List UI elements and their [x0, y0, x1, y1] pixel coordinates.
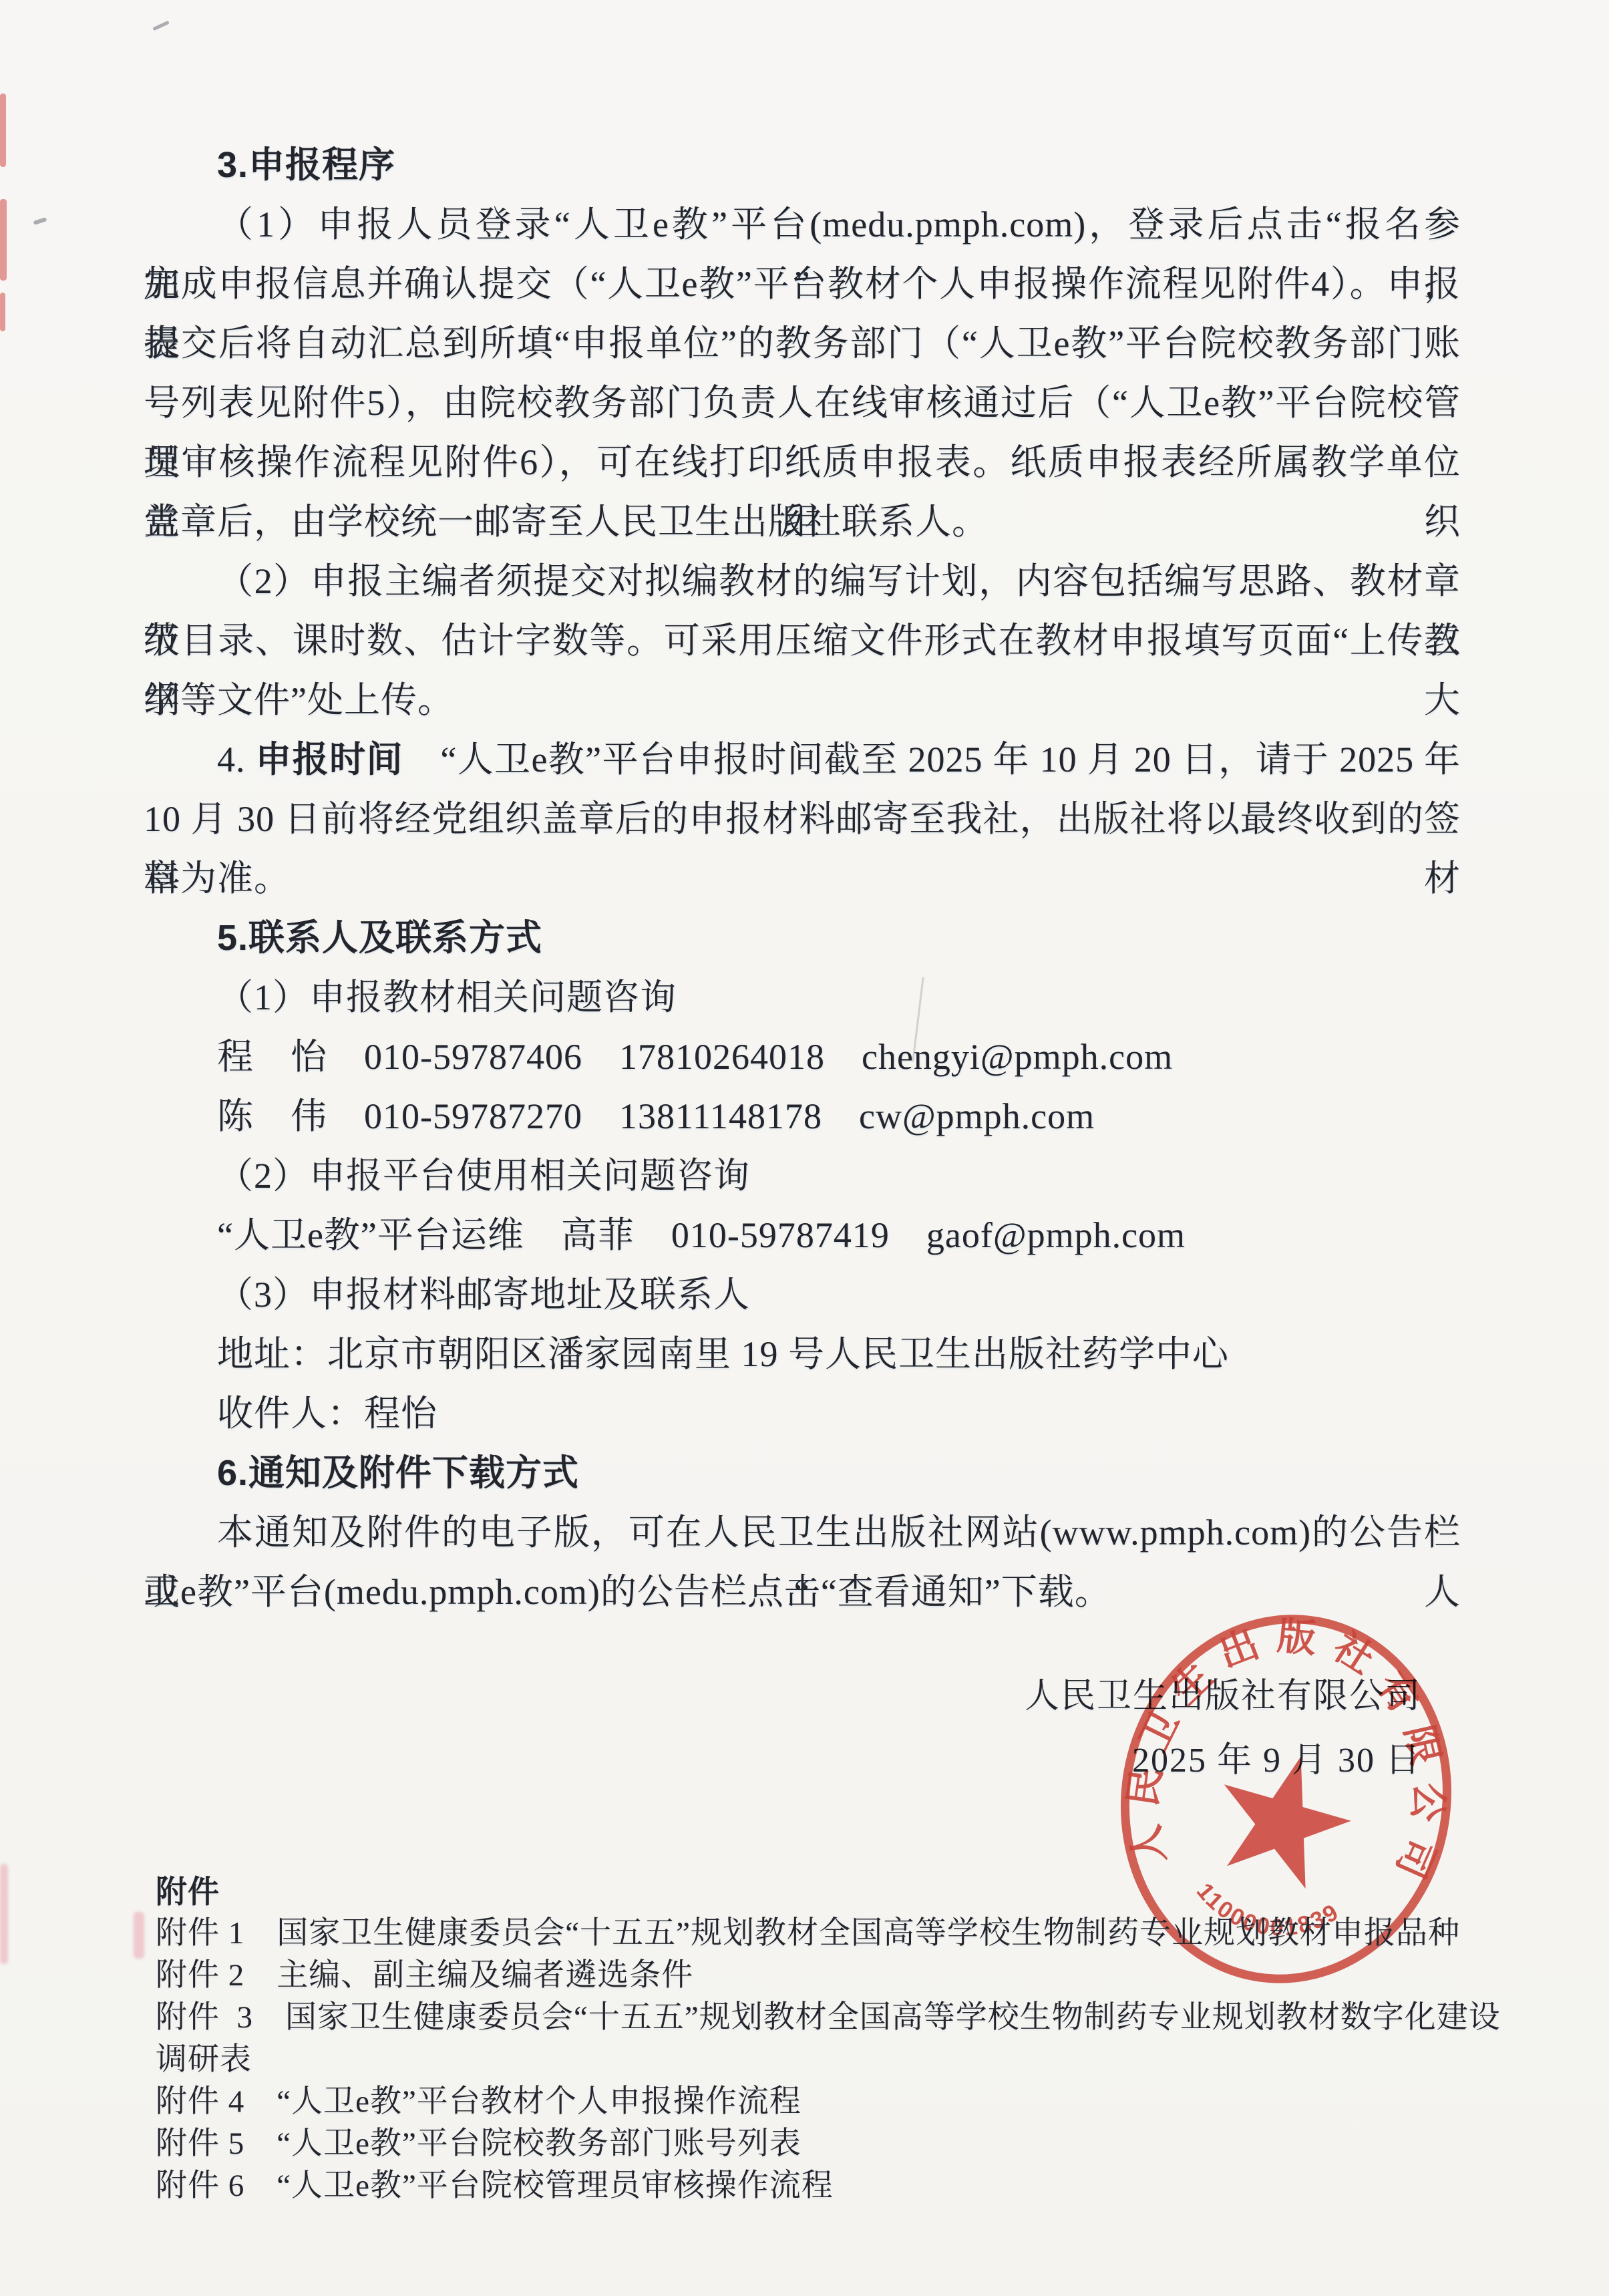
body-line-text: 4.	[217, 740, 255, 780]
body-line-text: “人卫e教”平台申报时间截至 2025 年 10 月 20 日，请于 2025 …	[403, 740, 1461, 780]
body-line: 提交后将自动汇总到所填“申报单位”的教务部门（“人卫e教”平台院校教务部门账	[144, 314, 1461, 373]
body-line-heading-text: 6.通知及附件下载方式	[217, 1453, 579, 1493]
body-line: 陈 伟 010-59787270 13811148178 cw@pmph.com	[144, 1087, 1461, 1146]
attachment-line: 附件 6 “人卫e教”平台院校管理员审核操作流程	[156, 2165, 1511, 2207]
scan-artifact-red-edge-2	[0, 199, 7, 281]
body-line-text: 纲等文件”处上传。	[144, 680, 454, 720]
scan-artifact-pink-spot	[134, 1912, 144, 1959]
body-line-text: 收件人：程怡	[217, 1393, 437, 1434]
body-line-heading-text: 3.申报程序	[217, 145, 395, 185]
body-line-text: 10 月 30 日前将经党组织盖章后的申报材料邮寄至我社，出版社将以最终收到的签…	[144, 799, 1461, 898]
attachments-header: 附件	[156, 1870, 1511, 1913]
body-line-text: （2）申报平台使用相关问题咨询	[217, 1156, 750, 1196]
body-line: 员审核操作流程见附件6），可在线打印纸质申报表。纸质申报表经所属教学单位党组织	[144, 433, 1461, 492]
body-line: （2）申报平台使用相关问题咨询	[144, 1146, 1461, 1206]
body-line: （3）申报材料邮寄地址及联系人	[144, 1265, 1461, 1325]
body-line: 收件人：程怡	[144, 1384, 1461, 1444]
body-line-text: （1）申报教材相关问题咨询	[217, 977, 677, 1017]
attachment-line: 调研表	[156, 2039, 1511, 2081]
body-line: 4. 申报时间 “人卫e教”平台申报时间截至 2025 年 10 月 20 日，…	[144, 730, 1461, 790]
scan-artifact-tick-mark	[33, 217, 47, 225]
body-line-text: （3）申报材料邮寄地址及联系人	[217, 1275, 750, 1315]
scan-artifact-red-edge-3	[0, 293, 5, 331]
body-line: 6.通知及附件下载方式	[144, 1444, 1461, 1503]
body-line: （1）申报人员登录“人卫e教”平台(medu.pmph.com)，登录后点击“报…	[144, 195, 1461, 255]
scan-artifact-red-edge-1	[0, 94, 6, 167]
body-line: 本通知及附件的电子版，可在人民卫生出版社网站(www.pmph.com)的公告栏…	[144, 1503, 1461, 1563]
body-line-text: 盖章后，由学校统一邮寄至人民卫生出版社联系人。	[144, 502, 989, 542]
body-line: 级目录、课时数、估计字数等。可采用压缩文件形式在教材申报填写页面“上传教学大	[144, 611, 1461, 671]
attachment-line: 附件 2 主编、副主编及编者遴选条件	[156, 1955, 1511, 1997]
body-line-heading-text: 申报时间	[255, 740, 403, 780]
body-line: （2）申报主编者须提交对拟编教材的编写计划，内容包括编写思路、教材章节三	[144, 552, 1461, 611]
body-line-text: 地址：北京市朝阳区潘家园南里 19 号人民卫生出版社药学中心	[217, 1334, 1229, 1374]
body-line: 3.申报程序	[144, 136, 1461, 195]
body-line: 号列表见附件5），由院校教务部门负责人在线审核通过后（“人卫e教”平台院校管理	[144, 373, 1461, 433]
scan-artifact-pink-edge	[0, 1864, 8, 1964]
body-text: 3.申报程序（1）申报人员登录“人卫e教”平台(medu.pmph.com)，登…	[144, 136, 1461, 1622]
body-line-text: 提交后将自动汇总到所填“申报单位”的教务部门（“人卫e教”平台院校教务部门账	[144, 323, 1461, 363]
scan-artifact-pen-mark	[152, 21, 170, 31]
body-line-text: 程 怡 010-59787406 17810264018 chengyi@pmp…	[217, 1037, 1173, 1077]
body-line: 程 怡 010-59787406 17810264018 chengyi@pmp…	[144, 1027, 1461, 1087]
body-line: “人卫e教”平台运维 高菲 010-59787419 gaof@pmph.com	[144, 1206, 1461, 1265]
body-line: 5.联系人及联系方式	[144, 909, 1461, 968]
attachment-line: 附件 3 国家卫生健康委员会“十五五”规划教材全国高等学校生物制药专业规划教材数…	[156, 1997, 1511, 2039]
body-line: 10 月 30 日前将经党组织盖章后的申报材料邮寄至我社，出版社将以最终收到的签…	[144, 790, 1461, 849]
body-line-heading-text: 5.联系人及联系方式	[217, 918, 542, 958]
attachment-line: 附件 4 “人卫e教”平台教材个人申报操作流程	[156, 2081, 1511, 2123]
body-line-text: 料为准。	[144, 858, 291, 898]
body-line-text: “人卫e教”平台运维 高菲 010-59787419 gaof@pmph.com	[217, 1215, 1186, 1255]
body-line: 完成申报信息并确认提交（“人卫e教”平台教材个人申报操作流程见附件4）。申报表	[144, 255, 1461, 314]
attachment-line: 附件 5 “人卫e教”平台院校教务部门账号列表	[156, 2123, 1511, 2165]
scanned-notice-page: 3.申报程序（1）申报人员登录“人卫e教”平台(medu.pmph.com)，登…	[0, 0, 1609, 2296]
body-line-text: 陈 伟 010-59787270 13811148178 cw@pmph.com	[217, 1096, 1095, 1136]
body-line: 地址：北京市朝阳区潘家园南里 19 号人民卫生出版社药学中心	[144, 1325, 1461, 1384]
attachment-line: 附件 1 国家卫生健康委员会“十五五”规划教材全国高等学校生物制药专业规划教材申…	[156, 1913, 1511, 1955]
attachments-list: 附件附件 1 国家卫生健康委员会“十五五”规划教材全国高等学校生物制药专业规划教…	[156, 1870, 1511, 2207]
body-line: （1）申报教材相关问题咨询	[144, 968, 1461, 1027]
body-line-text: 卫e教”平台(medu.pmph.com)的公告栏点击“查看通知”下载。	[144, 1572, 1111, 1612]
